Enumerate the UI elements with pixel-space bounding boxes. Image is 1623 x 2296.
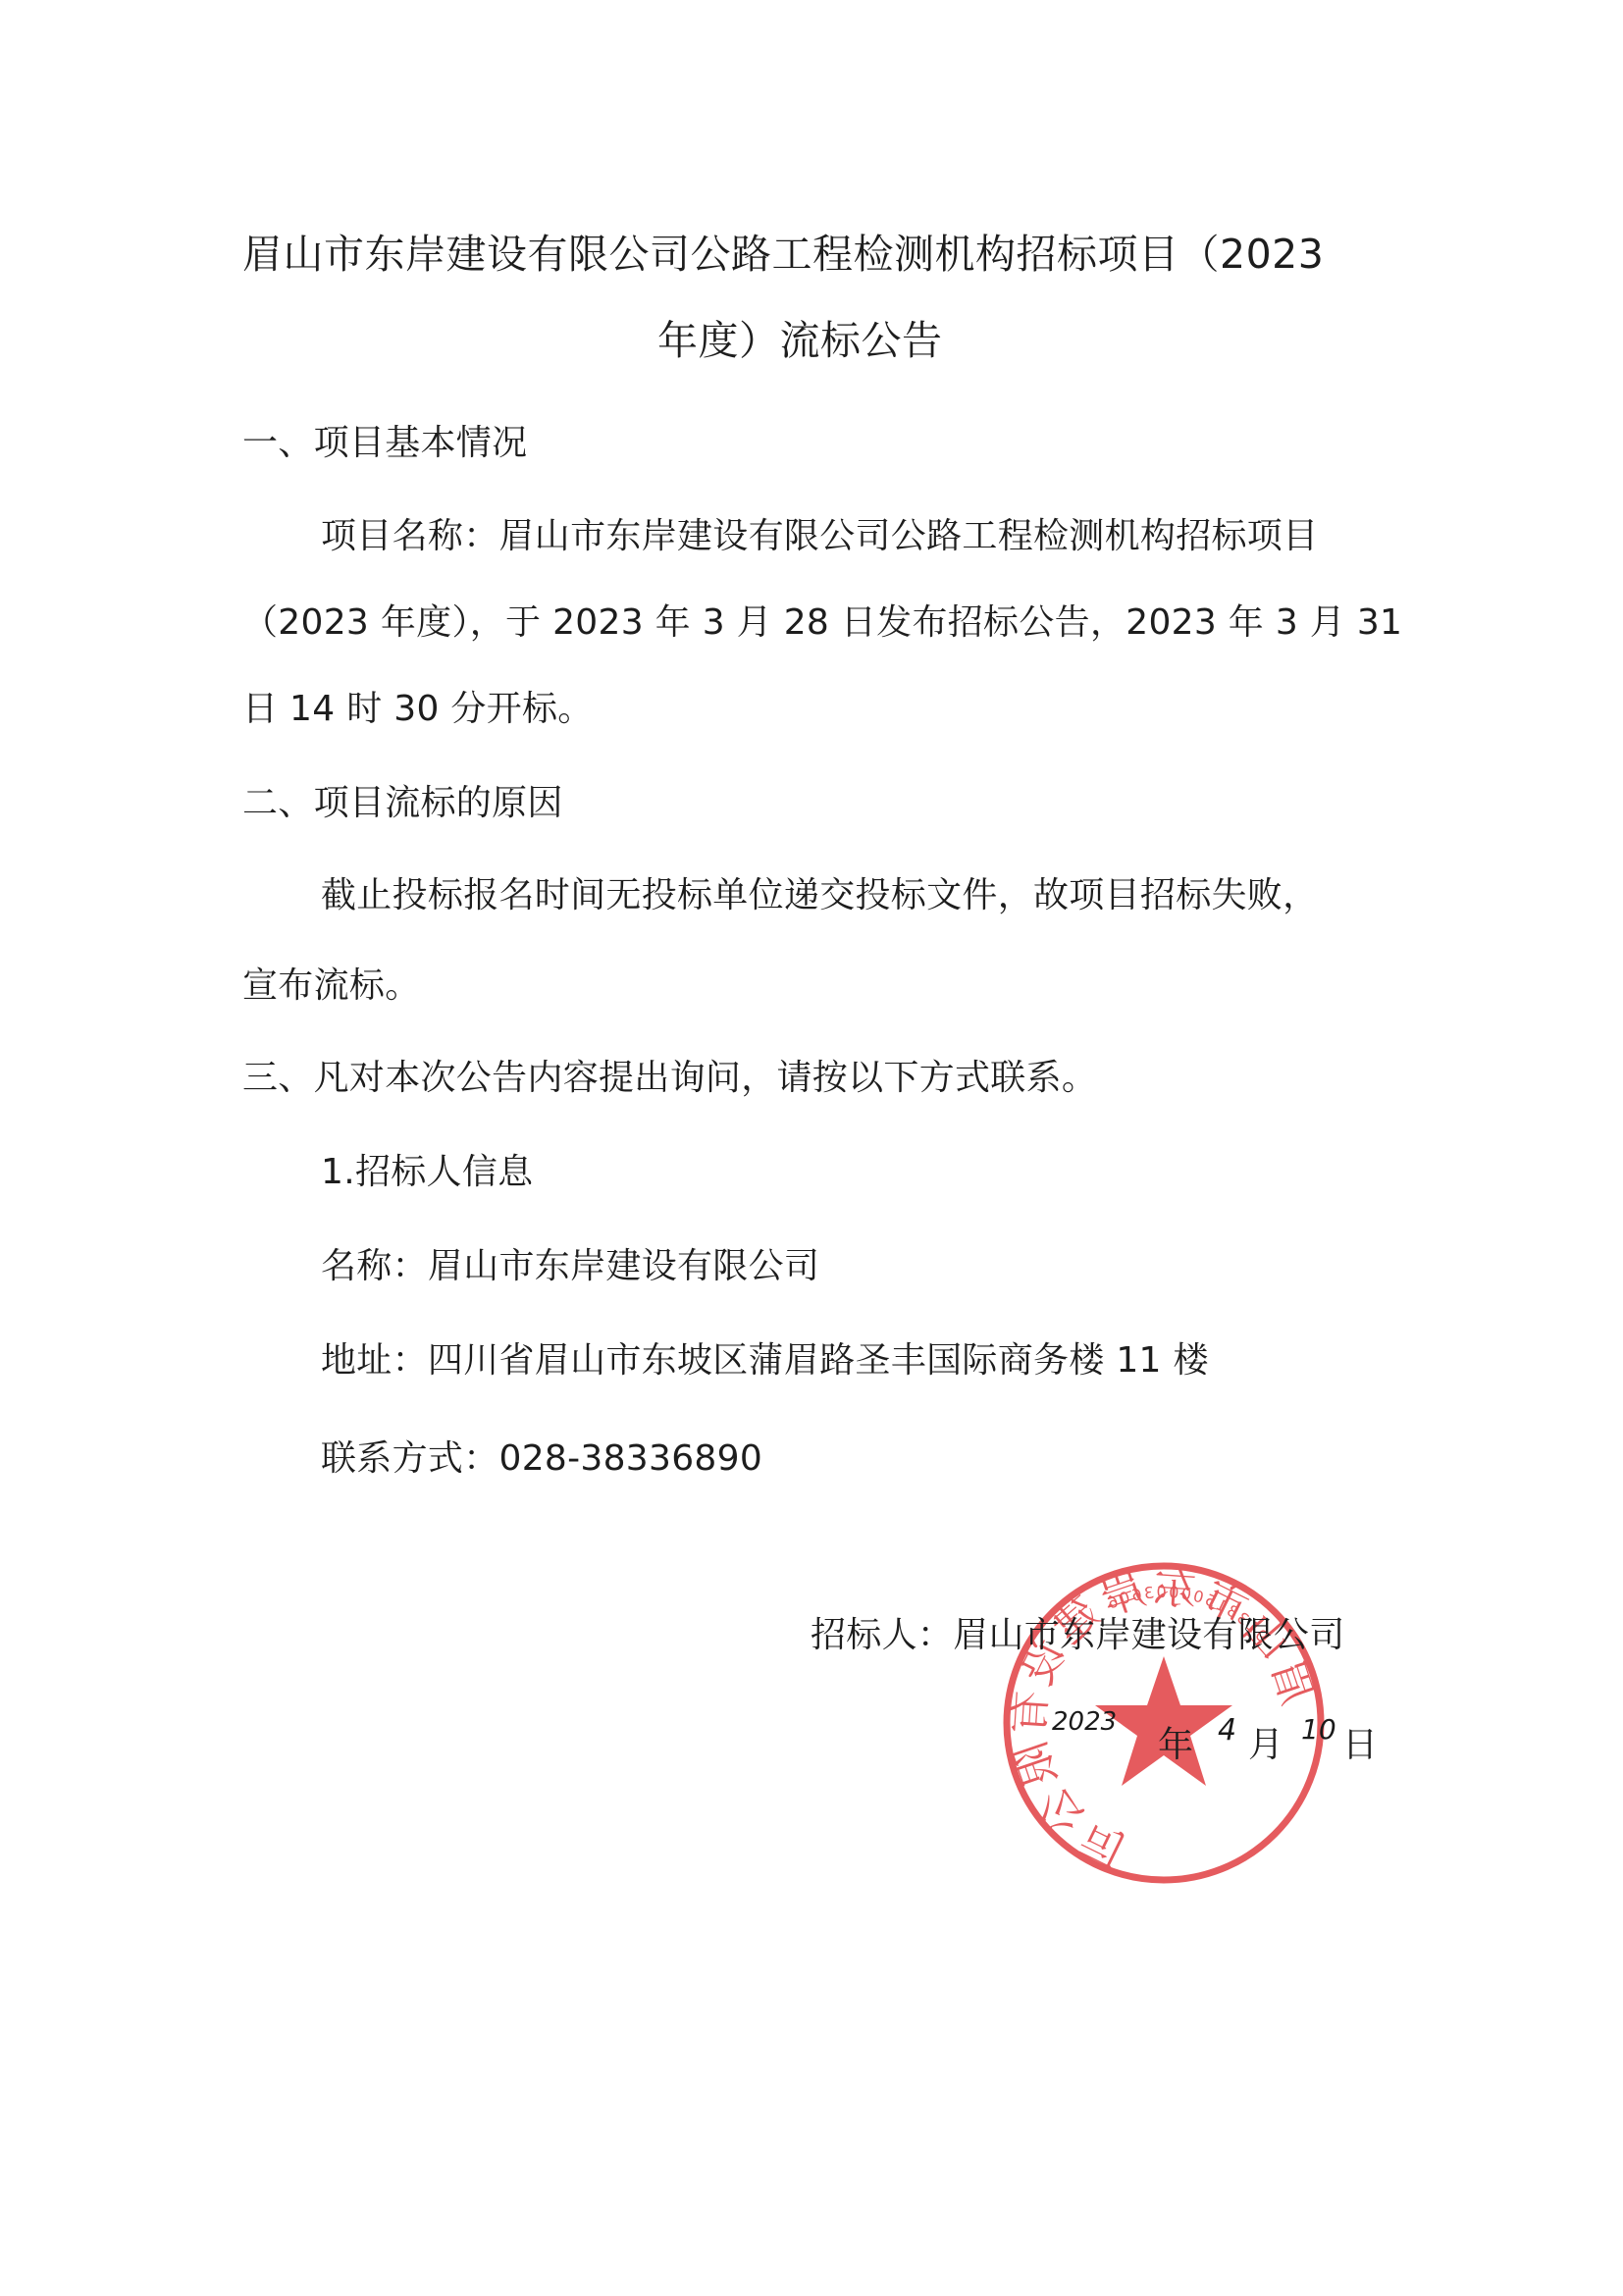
section1-heading: 一、项目基本情况 <box>242 415 527 465</box>
handwritten-month: 4 <box>1218 1713 1236 1748</box>
signature-tenderer: 招标人：眉山市东岸建设有限公司 <box>811 1607 1345 1657</box>
date-month-label: 月 <box>1248 1717 1283 1767</box>
tenderer-address: 地址：四川省眉山市东坡区蒲眉路圣丰国际商务楼 11 楼 <box>321 1332 1209 1383</box>
section3-heading: 三、凡对本次公告内容提出询问，请按以下方式联系。 <box>242 1050 1097 1100</box>
handwritten-year: 2023 <box>1052 1707 1117 1737</box>
handwritten-day: 10 <box>1301 1713 1336 1746</box>
document-title-line1: 眉山市东岸建设有限公司公路工程检测机构招标项目（2023 <box>242 222 1324 280</box>
tenderer-info-heading: 1.招标人信息 <box>321 1144 533 1194</box>
section2-paragraph-line2: 宣布流标。 <box>242 958 421 1008</box>
section2-paragraph-line1: 截止投标报名时间无投标单位递交投标文件，故项目招标失败， <box>321 867 1318 917</box>
section1-paragraph-line2: （2023 年度），于 2023 年 3 月 28 日发布招标公告，2023 年… <box>242 595 1402 645</box>
tenderer-contact: 联系方式：028-38336890 <box>321 1431 762 1481</box>
date-year-label: 年 <box>1158 1717 1193 1767</box>
tenderer-name: 名称：眉山市东岸建设有限公司 <box>321 1238 819 1288</box>
section1-paragraph-line3: 日 14 时 30 分开标。 <box>242 681 594 731</box>
section2-heading: 二、项目流标的原因 <box>242 775 563 825</box>
document-title-line2: 年度）流标公告 <box>657 308 943 366</box>
document-page: 眉山市东岸建设有限公司公路工程检测机构招标项目（2023 年度）流标公告 一、项… <box>0 0 1623 2296</box>
section1-paragraph-line1: 项目名称：眉山市东岸建设有限公司公路工程检测机构招标项目 <box>321 508 1318 558</box>
date-day-label: 日 <box>1342 1717 1378 1767</box>
